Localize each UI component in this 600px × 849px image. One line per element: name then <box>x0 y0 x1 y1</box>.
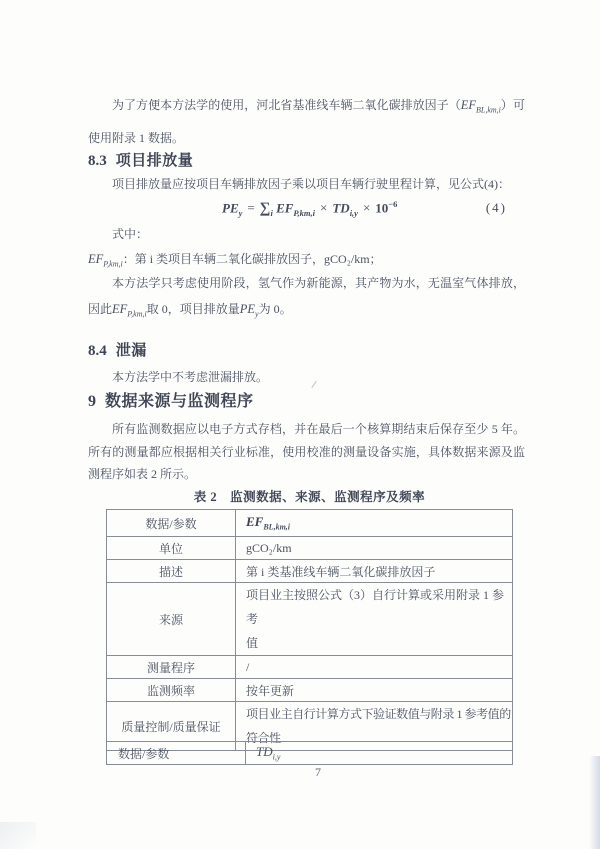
td-table-variable: TD <box>256 744 273 759</box>
row-label-cell: 来源 <box>107 583 236 656</box>
intro-close-paren: ） <box>501 98 513 112</box>
scanned-document-page: 为了方便本方法学的使用，河北省基准线车辆二氧化碳排放因子（EFBL,km,i）可… <box>0 0 600 849</box>
scan-artifact-right-edge <box>589 756 600 849</box>
intro-text-lead: 为了方便本方法学的使用，河北省基准线车辆二氧化碳排放因子（ <box>112 98 461 112</box>
ef-p-subscript: P,km,i <box>293 208 315 218</box>
table-row-parameter: 数据/参数 TDi,y <box>107 742 513 765</box>
table-2-caption: 表 2 监测数据、来源、监测程序及频率 <box>106 489 513 506</box>
page-number: 7 <box>306 765 330 780</box>
ef-bl-table-variable: EF <box>246 514 263 529</box>
times-sign-1: × <box>320 200 327 215</box>
row-label-cell: 数据/参数 <box>107 510 236 537</box>
second-parameter-table: 数据/参数 TDi,y <box>106 741 513 765</box>
section-9-number: 9 <box>88 393 96 410</box>
section-8-4-title: 泄漏 <box>116 343 147 359</box>
leakage-text: 本方法学中不考虑泄漏排放。 <box>112 370 268 384</box>
section-8-3-number: 8.3 <box>88 153 107 169</box>
usage-text-2: 取 0，项目排放量 <box>147 302 240 316</box>
pe-variable: PE <box>222 200 239 215</box>
project-emission-text: 项目排放量应按项目车辆排放因子乘以项目车辆行驶里程计算，见公式(4)： <box>112 177 510 191</box>
row-value-cell: 按年更新 <box>236 679 513 702</box>
project-emission-paragraph: 项目排放量应按项目车辆排放因子乘以项目车辆行驶里程计算，见公式(4)： <box>88 174 525 194</box>
sum-subscript: i <box>270 208 272 218</box>
section-8-3-heading: 8.3项目排放量 <box>88 151 525 171</box>
equation-4-expression: PEy=∑i EFP,km,i×TDi,y×10−6 <box>222 199 397 218</box>
ef-bl-table-subscript: BL,km,i <box>263 523 290 532</box>
row-value-cell: / <box>236 656 513 679</box>
row-label-cell: 数据/参数 <box>107 742 246 765</box>
ef-definition-colon: ： <box>123 252 135 266</box>
table-row-measurement-procedure: 测量程序 / <box>107 656 513 679</box>
where-label: 式中： <box>112 227 148 241</box>
data-source-paragraph: 所有监测数据应以电子方式存档，并在最后一个核算期结束后保存至少 5 年。所有的测… <box>88 418 525 486</box>
section-8-4-number: 8.4 <box>88 343 107 359</box>
usage-pe-variable: PE <box>240 302 255 316</box>
pe-subscript: y <box>239 208 243 218</box>
scan-artifact-corner-smudge <box>0 822 36 849</box>
table-row-source: 来源 项目业主按照公式（3）自行计算或采用附录 1 参考 值 <box>107 583 513 656</box>
intro-paragraph: 为了方便本方法学的使用，河北省基准线车辆二氧化碳排放因子（EFBL,km,i）可… <box>88 91 525 152</box>
section-8-3-title: 项目排放量 <box>116 153 194 169</box>
times-sign-2: × <box>363 200 370 215</box>
td-table-subscript: i,y <box>273 753 281 762</box>
data-source-text: 所有监测数据应以电子方式存档，并在最后一个核算期结束后保存至少 5 年。所有的测… <box>88 422 525 481</box>
ef-p-inline-variable: EF <box>88 252 103 266</box>
monitoring-table: 数据/参数 EFBL,km,i 单位 gCO₂/km 描述 第 i 类基准线车辆… <box>106 509 513 751</box>
td-variable: TD <box>332 200 349 215</box>
row-label-cell: 测量程序 <box>107 656 236 679</box>
sum-symbol: ∑ <box>260 200 271 216</box>
section-9-title: 数据来源与监测程序 <box>105 393 254 410</box>
section-8-4-heading: 8.4泄漏 <box>88 341 525 361</box>
ten-base: 10 <box>375 200 388 215</box>
ef-bl-variable: EF <box>461 98 476 112</box>
usage-ef-subscript: P,km,i <box>127 309 146 318</box>
usage-ef-variable: EF <box>112 302 127 316</box>
row-value-cell: EFBL,km,i <box>236 510 513 537</box>
leakage-paragraph: 本方法学中不考虑泄漏排放。 <box>88 367 525 387</box>
source-value-text: 项目业主按照公式（3）自行计算或采用附录 1 参考 值 <box>246 583 512 655</box>
row-label-cell: 描述 <box>107 560 236 583</box>
row-value-cell: TDi,y <box>246 742 513 765</box>
row-value-cell: gCO₂/km <box>236 537 513 560</box>
ten-exponent: −6 <box>388 199 397 209</box>
td-subscript: i,y <box>350 208 358 218</box>
table-row-parameter: 数据/参数 EFBL,km,i <box>107 510 513 537</box>
table-row-unit: 单位 gCO₂/km <box>107 537 513 560</box>
equation-4: PEy=∑i EFP,km,i×TDi,y×10−6 (4) <box>88 199 525 221</box>
row-label-cell: 监测频率 <box>107 679 236 702</box>
table-row-description: 描述 第 i 类基准线车辆二氧化碳排放因子 <box>107 560 513 583</box>
ef-p-inline-subscript: P,km,i <box>103 259 122 268</box>
row-value-cell: 项目业主按照公式（3）自行计算或采用附录 1 参考 值 <box>236 583 513 656</box>
ef-p-variable: EF <box>276 200 293 215</box>
ef-definition-text: 第 i 类项目车辆二氧化碳排放因子，gCO₂/km； <box>135 252 382 266</box>
row-value-cell: 第 i 类基准线车辆二氧化碳排放因子 <box>236 560 513 583</box>
equation-4-tag: (4) <box>486 200 507 216</box>
section-9-heading: 9数据来源与监测程序 <box>88 392 525 412</box>
usage-text-3: 为 0。 <box>259 302 292 316</box>
equals-sign: = <box>247 200 254 215</box>
usage-phase-paragraph: 本方法学只考虑使用阶段，氢气作为新能源，其产物为水，无温室气体排放，因此EFP,… <box>88 270 525 327</box>
row-label-cell: 单位 <box>107 537 236 560</box>
ef-bl-subscript: BL,km,i <box>476 105 501 114</box>
where-clause: 式中： <box>88 224 525 244</box>
table-row-monitoring-frequency: 监测频率 按年更新 <box>107 679 513 702</box>
